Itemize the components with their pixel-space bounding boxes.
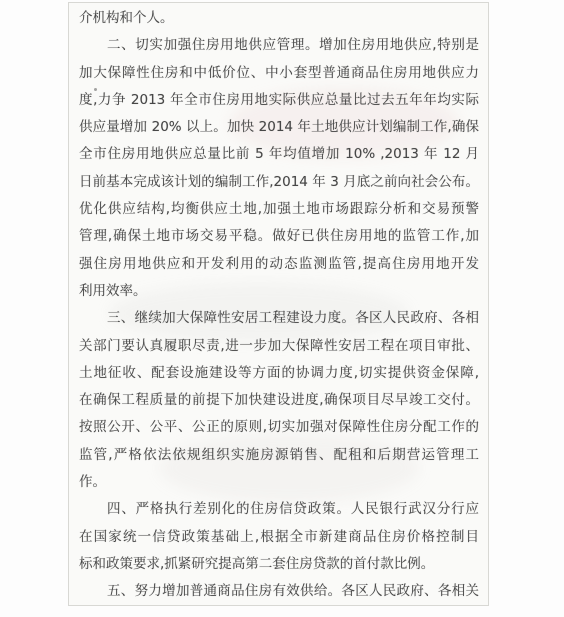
doc-line-section-2: 二、切实加强住房用地供应管理。增加住房用地供应,特别是	[79, 32, 479, 59]
doc-line-section-4: 四、严格执行差别化的住房信贷政策。人民银行武汉分行应	[79, 496, 479, 523]
doc-line: 土地征收、配套设施建设等方面的协调力度,切实提供资金保障,	[79, 360, 479, 387]
doc-line: 供应量增加 20% 以上。加快 2014 年土地供应计划编制工作,确保	[79, 114, 479, 141]
doc-line: 优化供应结构,均衡供应土地,加强土地市场跟踪分析和交易预警	[79, 196, 479, 223]
doc-line-section-3: 三、继续加大保障性安居工程建设力度。各区人民政府、各相	[79, 305, 479, 332]
doc-line: 关部门要认真履职尽责,进一步加大保障性安居工程在项目审批、	[79, 333, 479, 360]
doc-line: 标和政策要求,抓紧研究提高第二套住房贷款的首付款比例。	[79, 551, 479, 578]
scan-viewport: 介机构和个人。 二、切实加强住房用地供应管理。增加住房用地供应,特别是 加大保障…	[0, 0, 564, 617]
doc-line: 作。	[79, 469, 479, 496]
doc-line: 管理,确保土地市场交易平稳。做好已供住房用地的监管工作,加	[79, 223, 479, 250]
doc-line: 全市住房用地供应总量比前 5 年均值增加 10% ,2013 年 12 月 31	[79, 141, 479, 168]
document-text-block: 介机构和个人。 二、切实加强住房用地供应管理。增加住房用地供应,特别是 加大保障…	[79, 5, 479, 606]
doc-line-section-5: 五、努力增加普通商品住房有效供给。各区人民政府、各相关	[79, 578, 479, 605]
doc-line: 监管,严格依法依规组织实施房源销售、配租和后期营运管理工	[79, 442, 479, 469]
doc-line: 日前基本完成该计划的编制工作,2014 年 3 月底之前向社会公布。	[79, 169, 479, 196]
doc-line: 介机构和个人。	[79, 5, 479, 32]
doc-line: 度,力争 2013 年全市住房用地实际供应总量比过去五年年均实际	[79, 87, 479, 114]
doc-line: 加大保障性住房和中低价位、中小套型普通商品住房用地供应力	[79, 60, 479, 87]
doc-line: 利用效率。	[79, 278, 479, 305]
document-page: 介机构和个人。 二、切实加强住房用地供应管理。增加住房用地供应,特别是 加大保障…	[68, 2, 489, 606]
doc-line: 在确保工程质量的前提下加快建设进度,确保项目尽早竣工交付。	[79, 387, 479, 414]
doc-line: 强住房用地供应和开发利用的动态监测监管,提高住房用地开发	[79, 251, 479, 278]
doc-line: 按照公开、公平、公正的原则,切实加强对保障性住房分配工作的	[79, 414, 479, 441]
doc-line: 在国家统一信贷政策基础上,根据全市新建商品住房价格控制目	[79, 524, 479, 551]
